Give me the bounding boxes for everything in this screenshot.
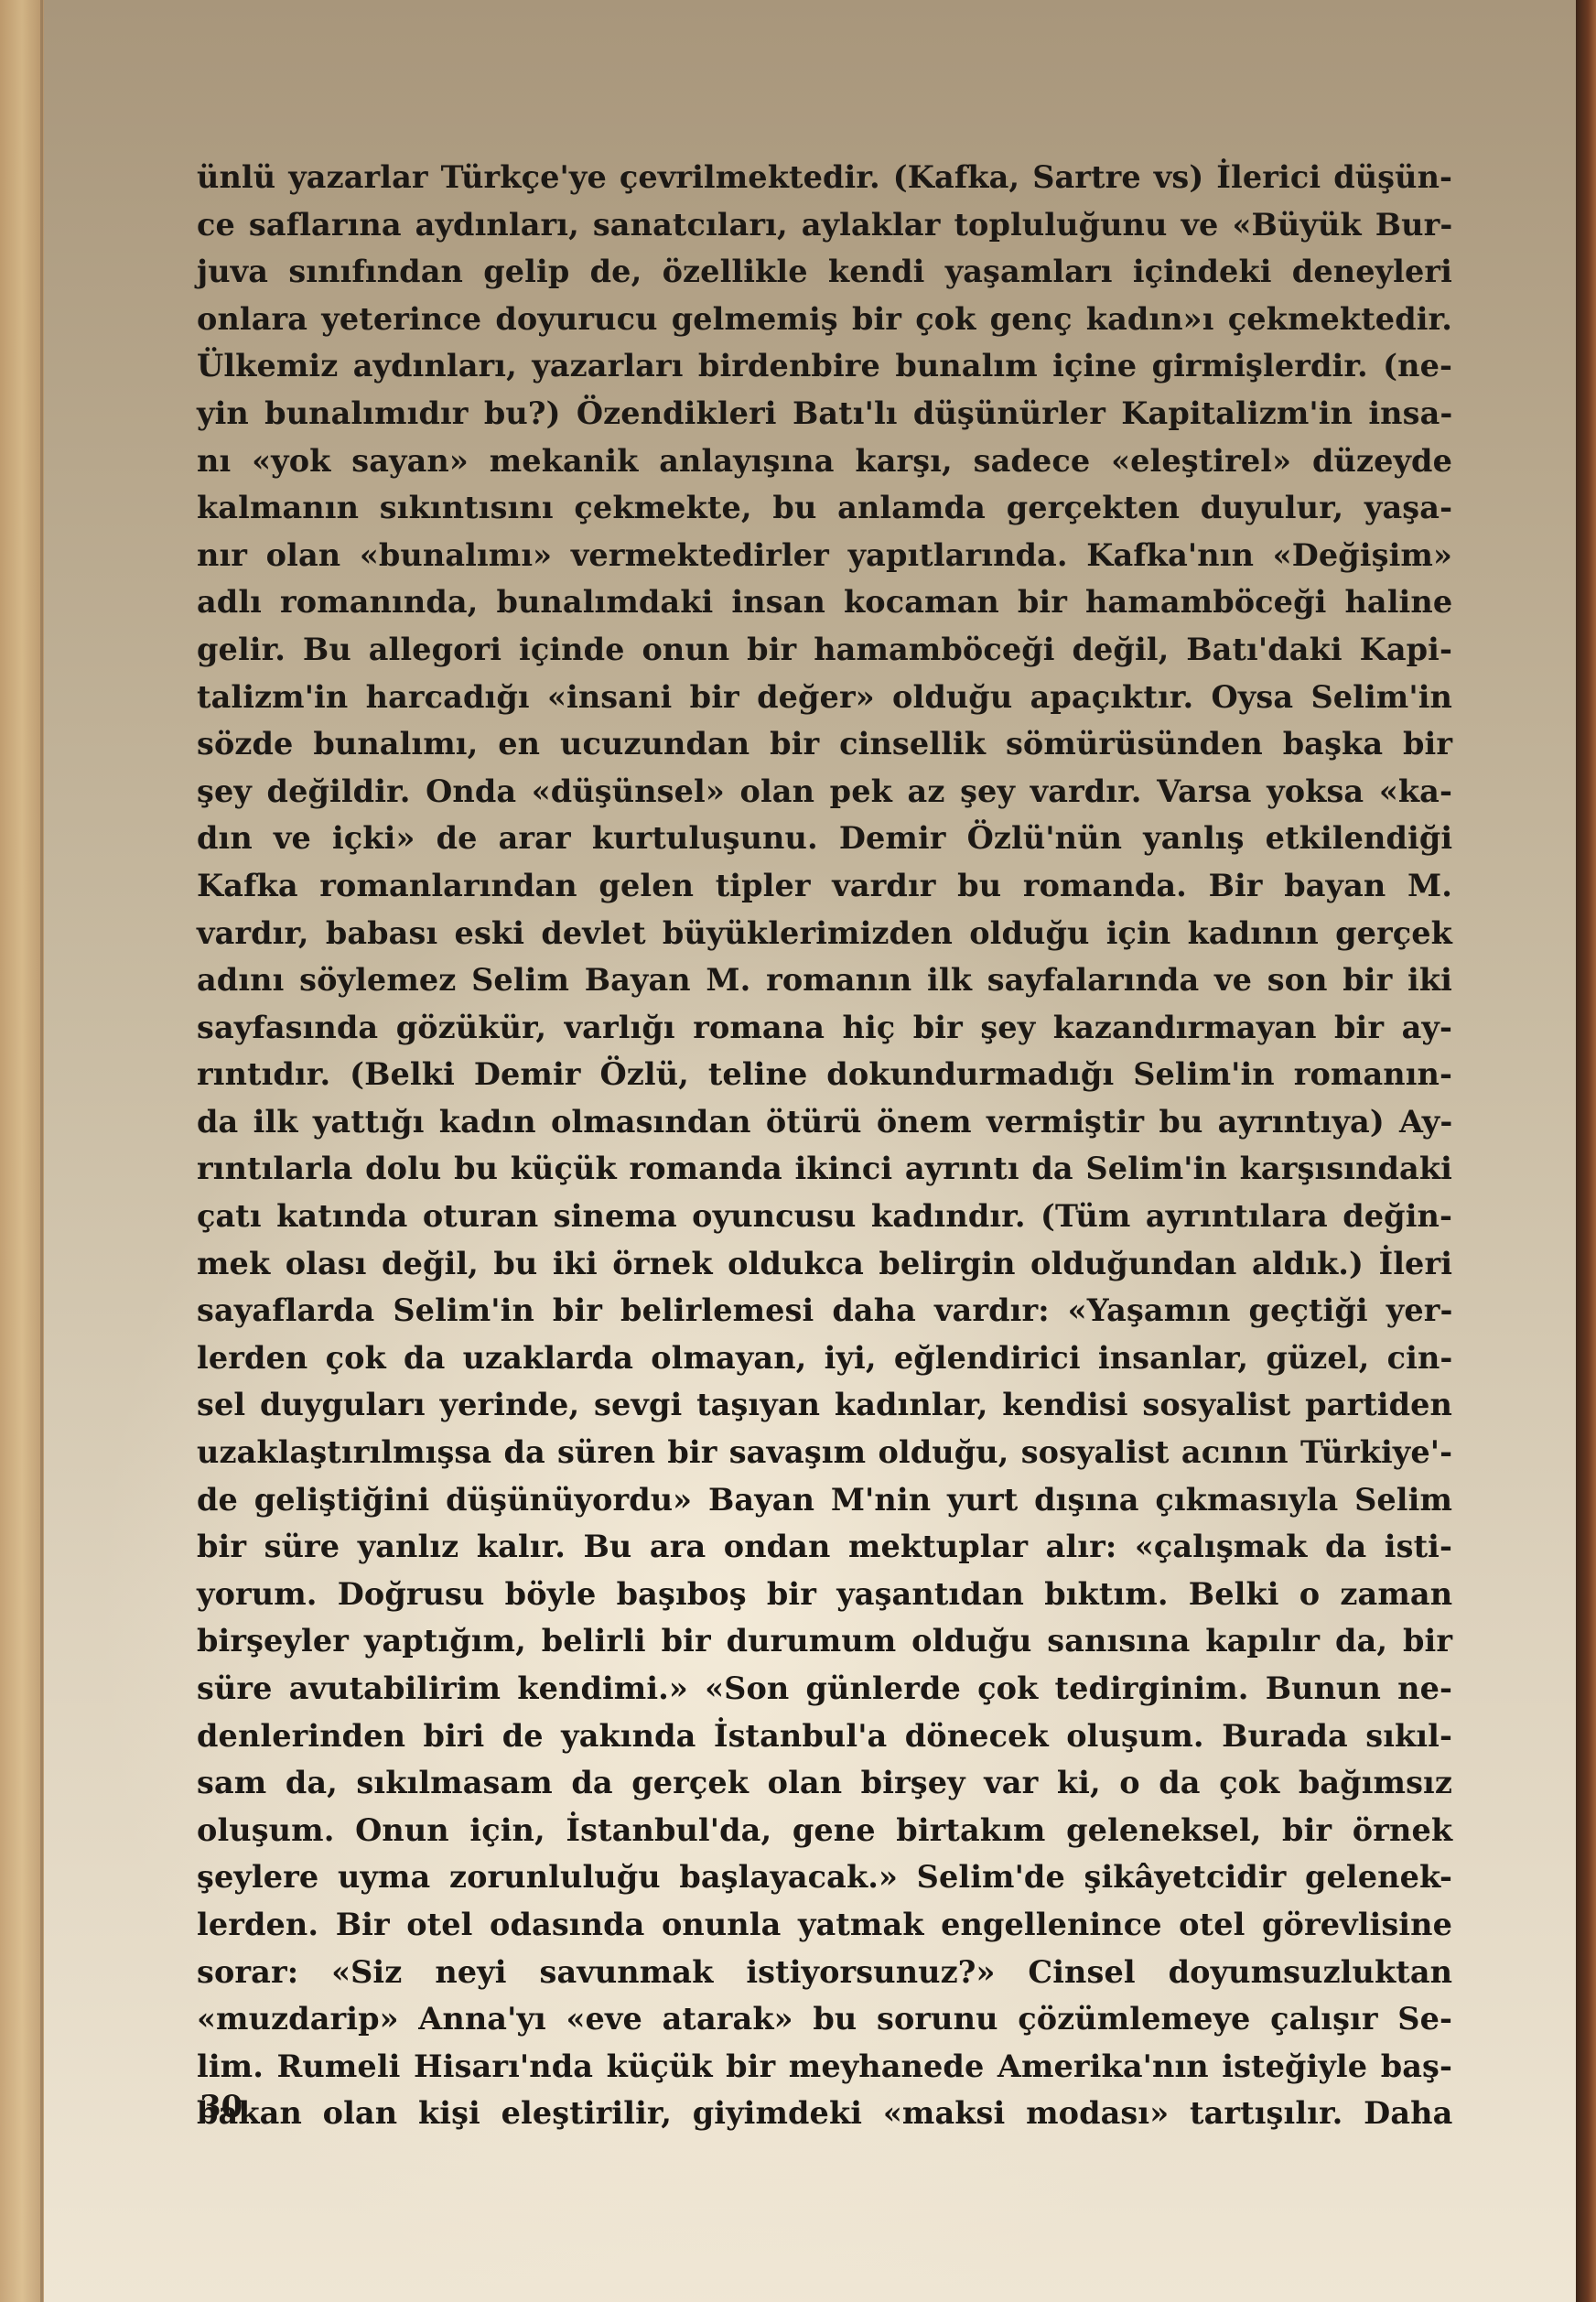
text-line: denlerinden biri de yakında İstanbul'a d… xyxy=(197,1713,1452,1760)
text-line: birşeyler yaptığım, belirli bir durumum … xyxy=(197,1617,1452,1665)
page-gutter-edge xyxy=(0,0,44,2302)
text-line: uzaklaştırılmışsa da süren bir savaşım o… xyxy=(197,1429,1452,1476)
text-line: sam da, sıkılmasam da gerçek olan birşey… xyxy=(197,1759,1452,1807)
text-line: adlı romanında, bunalımdaki insan kocama… xyxy=(197,578,1452,626)
page-number: 30 xyxy=(199,2089,243,2125)
text-line: süre avutabilirim kendimi.» «Son günlerd… xyxy=(197,1665,1452,1713)
text-line: vardır, babası eski devlet büyüklerimizd… xyxy=(197,910,1452,957)
text-line: bir süre yanlız kalır. Bu ara ondan mekt… xyxy=(197,1523,1452,1571)
text-line: lim. Rumeli Hisarı'nda küçük bir meyhane… xyxy=(197,2043,1452,2091)
body-text: ünlü yazarlar Türkçe'ye çevrilmektedir. … xyxy=(197,154,1452,2137)
text-line: lerden çok da uzaklarda olmayan, iyi, eğ… xyxy=(197,1335,1452,1382)
text-line: lerden. Bir otel odasında onunla yatmak … xyxy=(197,1901,1452,1949)
text-line: rıntıdır. (Belki Demir Özlü, teline doku… xyxy=(197,1051,1452,1098)
text-line: ünlü yazarlar Türkçe'ye çevrilmektedir. … xyxy=(197,154,1452,201)
text-line: ce saflarına aydınları, sanatcıları, ayl… xyxy=(197,201,1452,249)
text-line: yorum. Doğrusu böyle başıboş bir yaşantı… xyxy=(197,1571,1452,1618)
text-line: bakan olan kişi eleştirilir, giyimdeki «… xyxy=(197,2090,1452,2137)
text-line: nı «yok sayan» mekanik anlayışına karşı,… xyxy=(197,438,1452,485)
text-line: Ülkemiz aydınları, yazarları birdenbire … xyxy=(197,342,1452,390)
text-line: kalmanın sıkıntısını çekmekte, bu anlamd… xyxy=(197,484,1452,532)
book-page: ünlü yazarlar Türkçe'ye çevrilmektedir. … xyxy=(0,0,1596,2302)
text-line: juva sınıfından gelip de, özellikle kend… xyxy=(197,248,1452,296)
text-line: sözde bunalımı, en ucuzundan bir cinsell… xyxy=(197,720,1452,768)
page-right-edge xyxy=(1576,0,1596,2302)
text-line: de geliştiğini düşünüyordu» Bayan M'nin … xyxy=(197,1476,1452,1524)
text-line: sorar: «Siz neyi savunmak istiyorsunuz?»… xyxy=(197,1949,1452,1996)
text-line: «muzdarip» Anna'yı «eve atarak» bu sorun… xyxy=(197,1995,1452,2043)
text-line: şey değildir. Onda «düşünsel» olan pek a… xyxy=(197,768,1452,816)
text-line: şeylere uyma zorunluluğu başlayacak.» Se… xyxy=(197,1853,1452,1901)
gutter-line xyxy=(40,0,43,2302)
text-line: gelir. Bu allegori içinde onun bir hamam… xyxy=(197,626,1452,674)
text-line: onlara yeterince doyurucu gelmemiş bir ç… xyxy=(197,296,1452,343)
text-line: rıntılarla dolu bu küçük romanda ikinci … xyxy=(197,1145,1452,1193)
text-line: mek olası değil, bu iki örnek oldukca be… xyxy=(197,1240,1452,1288)
text-line: sayaflarda Selim'in bir belirlemesi daha… xyxy=(197,1287,1452,1335)
text-line: da ilk yattığı kadın olmasından ötürü ön… xyxy=(197,1098,1452,1146)
text-line: nır olan «bunalımı» vermektedirler yapıt… xyxy=(197,532,1452,579)
text-line: talizm'in harcadığı «insani bir değer» o… xyxy=(197,674,1452,721)
text-line: yin bunalımıdır bu?) Özendikleri Batı'lı… xyxy=(197,390,1452,438)
text-line: adını söylemez Selim Bayan M. romanın il… xyxy=(197,956,1452,1004)
text-line: sel duyguları yerinde, sevgi taşıyan kad… xyxy=(197,1381,1452,1429)
text-line: Kafka romanlarından gelen tipler vardır … xyxy=(197,862,1452,910)
text-line: dın ve içki» de arar kurtuluşunu. Demir … xyxy=(197,815,1452,862)
text-line: sayfasında gözükür, varlığı romana hiç b… xyxy=(197,1004,1452,1052)
text-line: çatı katında oturan sinema oyuncusu kadı… xyxy=(197,1193,1452,1240)
text-line: oluşum. Onun için, İstanbul'da, gene bir… xyxy=(197,1807,1452,1854)
